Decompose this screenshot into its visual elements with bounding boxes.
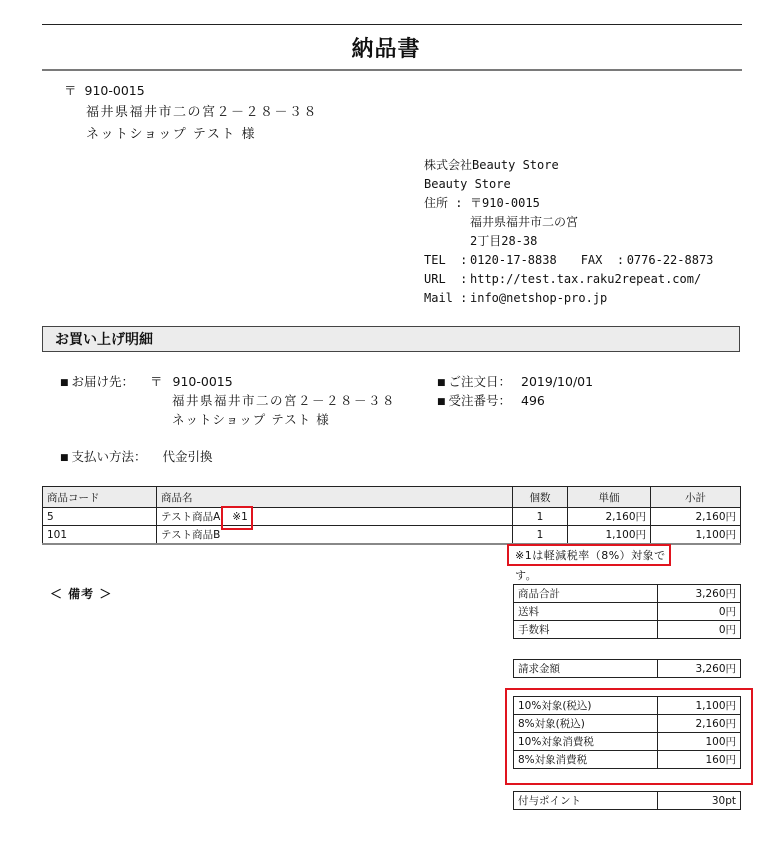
col-price: 単価 — [568, 487, 651, 508]
items-header-row: 商品コード 商品名 個数 単価 小計 — [43, 487, 741, 508]
col-code: 商品コード — [43, 487, 157, 508]
shop-address2: 2丁目28-38 — [424, 232, 713, 251]
title-rule-bottom — [42, 69, 742, 71]
title-rule-top — [42, 24, 742, 25]
reduced-tax-mark-highlight — [221, 506, 253, 530]
tax-table: 10%対象(税込)1,100円 8%対象(税込)2,160円 10%対象消費税1… — [513, 696, 741, 769]
table-row: 8%対象消費税160円 — [514, 751, 741, 769]
tax-label: 10%対象消費税 — [514, 733, 658, 751]
tax-value: 160円 — [658, 751, 741, 769]
payment-label: 支払い方法： — [72, 449, 147, 464]
shop-fax: 0776-22-8873 — [627, 251, 714, 270]
postal-mark-icon: 〒 — [64, 80, 77, 102]
tax-value: 2,160円 — [658, 715, 741, 733]
tax-note: ※1は軽減税率（8%）対象です。 — [507, 544, 671, 566]
payment-value: 代金引換 — [163, 449, 213, 464]
table-row: 付与ポイント30pt — [514, 792, 741, 810]
remarks-label: ＜ 備考 ＞ — [50, 585, 112, 602]
ship-address: 福井県福井市二の宮２－２８－３８ — [172, 391, 396, 410]
shop-info-block: 株式会社Beauty Store Beauty Store 住所 :〒910-0… — [424, 156, 713, 308]
shop-url[interactable]: http://test.tax.raku2repeat.com/ — [470, 270, 701, 289]
item-subtotal: 2,160円 — [651, 508, 741, 526]
shop-store: Beauty Store — [424, 175, 713, 194]
points-table: 付与ポイント30pt — [513, 791, 741, 810]
shop-tel: 0120-17-8838 — [470, 251, 557, 270]
bullet-icon: ■ — [437, 378, 446, 388]
col-subtotal: 小計 — [651, 487, 741, 508]
shop-address-label: 住所 : — [424, 194, 470, 213]
item-qty: 1 — [513, 526, 568, 545]
total-label: 送料 — [514, 603, 658, 621]
shop-mail-label: Mail : — [424, 289, 470, 308]
shop-tel-label: TEL : — [424, 251, 470, 270]
points-label: 付与ポイント — [514, 792, 658, 810]
tax-value: 100円 — [658, 733, 741, 751]
shop-zip: 〒910-0015 — [470, 194, 540, 213]
total-value: 3,260円 — [658, 585, 741, 603]
shop-url-label: URL : — [424, 270, 470, 289]
shop-fax-label: FAX : — [581, 251, 627, 270]
table-row: 10%対象消費税100円 — [514, 733, 741, 751]
total-value: 0円 — [658, 621, 741, 639]
ship-label: お届け先： — [72, 374, 135, 389]
item-name-text: テスト商品A — [161, 511, 220, 523]
order-date-value: 2019/10/01 — [521, 374, 593, 389]
order-number-value: 496 — [521, 393, 545, 408]
order-number-label: 受注番号： — [449, 393, 512, 408]
item-name: テスト商品A※1 — [157, 508, 513, 526]
points-value: 30pt — [658, 792, 741, 810]
shop-company: 株式会社Beauty Store — [424, 156, 713, 175]
shop-mail[interactable]: info@netshop-pro.jp — [470, 289, 607, 308]
payment-method: ■支払い方法：代金引換 — [60, 447, 213, 468]
total-label: 商品合計 — [514, 585, 658, 603]
table-row: 10%対象(税込)1,100円 — [514, 697, 741, 715]
billing-label: 請求金額 — [514, 660, 658, 678]
item-qty: 1 — [513, 508, 568, 526]
billing-table: 請求金額3,260円 — [513, 659, 741, 678]
tax-label: 8%対象(税込) — [514, 715, 658, 733]
billing-value: 3,260円 — [658, 660, 741, 678]
customer-name: ネットショップ テスト 様 — [64, 124, 318, 146]
item-price: 2,160円 — [568, 508, 651, 526]
item-name: テスト商品B — [157, 526, 513, 545]
bullet-icon: ■ — [60, 453, 69, 463]
shipping-info: ■お届け先： — [60, 372, 134, 393]
table-row: 送料0円 — [514, 603, 741, 621]
item-code: 101 — [43, 526, 157, 545]
bullet-icon: ■ — [437, 397, 446, 407]
tax-label: 10%対象(税込) — [514, 697, 658, 715]
table-row: 8%対象(税込)2,160円 — [514, 715, 741, 733]
customer-address: 福井県福井市二の宮２－２８－３８ — [64, 102, 318, 124]
ship-name: ネットショップ テスト 様 — [172, 410, 330, 429]
order-date: ■ご注文日：2019/10/01 — [437, 372, 593, 393]
table-row: 5 テスト商品A※1 1 2,160円 2,160円 — [43, 508, 741, 526]
section-header: お買い上げ明細 — [42, 326, 740, 352]
order-date-label: ご注文日： — [449, 374, 512, 389]
table-row: 手数料0円 — [514, 621, 741, 639]
total-value: 0円 — [658, 603, 741, 621]
item-subtotal: 1,100円 — [651, 526, 741, 545]
tax-value: 1,100円 — [658, 697, 741, 715]
totals-table: 商品合計3,260円 送料0円 手数料0円 — [513, 584, 741, 639]
item-price: 1,100円 — [568, 526, 651, 545]
customer-zip: 910-0015 — [85, 80, 145, 102]
total-label: 手数料 — [514, 621, 658, 639]
bullet-icon: ■ — [60, 378, 69, 388]
col-name: 商品名 — [157, 487, 513, 508]
tax-label: 8%対象消費税 — [514, 751, 658, 769]
customer-address-block: 〒910-0015 福井県福井市二の宮２－２８－３８ ネットショップ テスト 様 — [64, 80, 318, 146]
item-code: 5 — [43, 508, 157, 526]
ship-zip: 910-0015 — [173, 374, 233, 389]
order-number: ■受注番号：496 — [437, 391, 545, 412]
items-table: 商品コード 商品名 個数 単価 小計 5 テスト商品A※1 1 2,160円 2… — [42, 486, 741, 545]
table-row: 101 テスト商品B 1 1,100円 1,100円 — [43, 526, 741, 545]
ship-zip-line: 〒910-0015 — [150, 372, 233, 391]
shop-address1: 福井県福井市二の宮 — [424, 213, 713, 232]
table-row: 請求金額3,260円 — [514, 660, 741, 678]
postal-mark-icon: 〒 — [150, 374, 163, 389]
col-qty: 個数 — [513, 487, 568, 508]
table-row: 商品合計3,260円 — [514, 585, 741, 603]
page-title: 納品書 — [0, 32, 772, 63]
